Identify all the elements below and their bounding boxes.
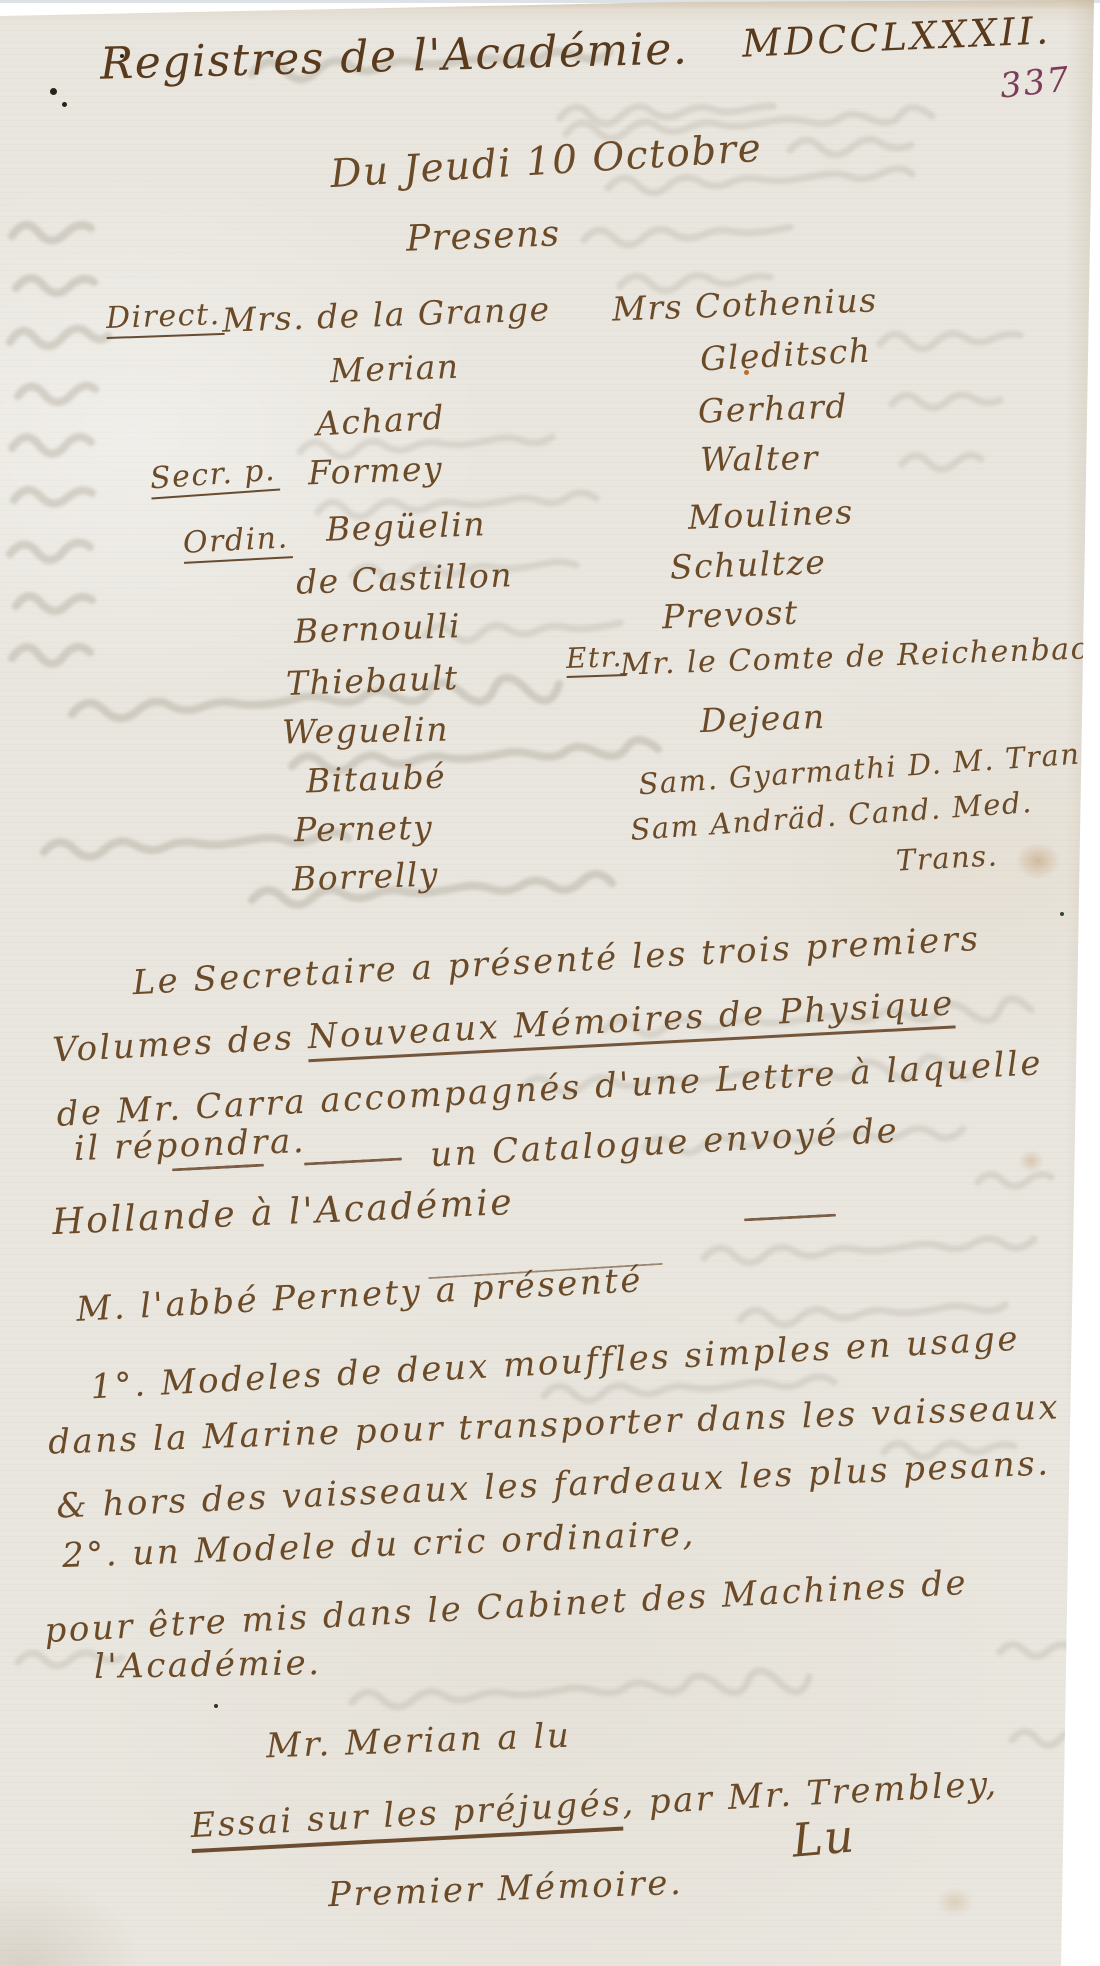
attendee-name: Schultze	[669, 543, 827, 586]
body-line: l'Académie.	[94, 1644, 322, 1687]
role-label-foreign: Etr.	[565, 641, 626, 675]
attendee-name: Walter	[700, 439, 820, 479]
attendee-name: Trans.	[895, 839, 999, 878]
role-label-text: Etr.	[565, 640, 626, 678]
attendee-name: Pernety	[294, 809, 434, 849]
body-line: il répondra.	[73, 1122, 306, 1169]
attendee-name: Bitaubé	[305, 758, 446, 801]
stain	[930, 1882, 980, 1922]
attendee-name: Formey	[307, 450, 443, 493]
stain	[1008, 836, 1068, 886]
attendee-name: Dejean	[699, 698, 826, 740]
attendee-name: Merian	[329, 348, 460, 390]
role-label-ordinary: Ordin.	[182, 521, 292, 561]
page-number: 337	[998, 60, 1073, 106]
attendee-name: Borrelly	[291, 855, 439, 898]
attendee-name: Gerhard	[697, 387, 848, 430]
ink-speck	[1060, 912, 1064, 916]
attendee-name: Bernoulli	[293, 607, 461, 651]
ink-speck	[62, 102, 67, 107]
role-label-text: Direct.	[105, 297, 224, 339]
presents-heading: Presens	[405, 213, 561, 260]
role-label-director: Direct.	[105, 298, 224, 337]
attendee-name: Weguelin	[282, 711, 450, 752]
role-label-secretary: Secr. p.	[149, 454, 280, 497]
attendee-name: Thiebault	[285, 659, 459, 703]
attendee-name: Prevost	[661, 594, 799, 637]
ink-speck	[214, 1704, 218, 1708]
role-label-text: Ordin.	[182, 520, 292, 564]
stain	[1014, 1146, 1048, 1176]
manuscript-page: Registres de l'Académie. MDCCLXXXII. 337…	[0, 0, 1100, 1966]
attendee-name: Achard	[315, 399, 446, 444]
attendee-name: Begüelin	[325, 505, 486, 549]
attendee-name: de Castillon	[295, 556, 513, 601]
ink-speck	[50, 88, 57, 95]
attendee-name: Moulines	[687, 493, 854, 537]
read-mark: Lu	[790, 1809, 858, 1867]
